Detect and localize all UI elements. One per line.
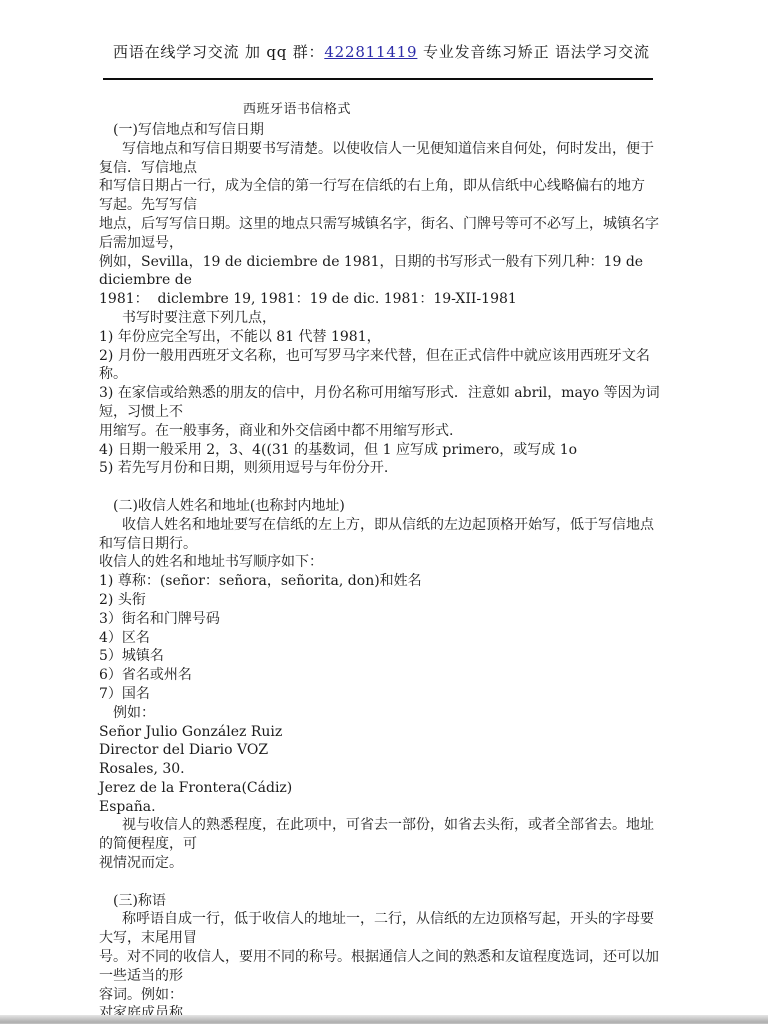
text-line: 收信人姓名和地址要写在信纸的左上方，即从信纸的左边起顶格开始写，低于写信地点: [99, 516, 664, 535]
text-line: 1981： diclembre 19, 1981：19 de dic. 1981…: [99, 290, 664, 309]
qq-group-link[interactable]: 422811419: [324, 43, 417, 61]
text-line: 例如，Sevilla，19 de diciembre de 1981，日期的书写…: [99, 253, 664, 272]
text-line: España.: [99, 798, 664, 817]
text-line: 短，习惯上不: [99, 403, 664, 422]
blank-line: [99, 873, 664, 892]
text-line: Jerez de la Frontera(Cádiz): [99, 779, 664, 798]
text-line: 用缩写。在一般事务，商业和外交信函中都不用缩写形式.: [99, 422, 664, 441]
text-line: 称。: [99, 365, 664, 384]
text-line: (三)称语: [99, 892, 664, 911]
document-header: 西语在线学习交流 加 qq 群：422811419 专业发音练习矫正 语法学习交…: [113, 41, 650, 62]
document-body: (一)写信地点和写信日期写信地点和写信日期要书写清楚。以使收信人一见便知道信来自…: [99, 121, 664, 1023]
text-line: 7）国名: [99, 685, 664, 704]
text-line: 6）省名或州名: [99, 666, 664, 685]
text-line: 和写信日期占一行，成为全信的第一行写在信纸的右上角，即从信纸中心线略偏右的地方: [99, 177, 664, 196]
text-line: 号。对不同的收信人，要用不同的称号。根据通信人之间的熟悉和友谊程度选词，还可以加: [99, 948, 664, 967]
text-line: 后需加逗号，: [99, 234, 664, 253]
text-line: 视与收信人的熟悉程度，在此项中，可省去一部份，如省去头衔，或者全部省去。地址: [99, 816, 664, 835]
text-line: 1) 尊称：(señor：señora，señorita, don)和姓名: [99, 572, 664, 591]
text-line: 1) 年份应完全写出，不能以 81 代替 1981，: [99, 328, 664, 347]
text-line: 视情况而定。: [99, 854, 664, 873]
text-line: 5) 若先写月份和日期，则须用逗号与年份分开.: [99, 459, 664, 478]
text-line: 写信地点和写信日期要书写清楚。以使收信人一见便知道信来自何处，何时发出，便于: [99, 140, 664, 159]
text-line: 称呼语自成一行，低于收信人的地址一，二行，从信纸的左边顶格写起，开头的字母要: [99, 910, 664, 929]
text-line: 5）城镇名: [99, 647, 664, 666]
text-line: 4）区名: [99, 629, 664, 648]
document-page: 西语在线学习交流 加 qq 群：422811419 专业发音练习矫正 语法学习交…: [0, 0, 768, 1024]
text-line: 地点，后写写信日期。这里的地点只需写城镇名字，街名、门牌号等可不必写上，城镇名字: [99, 215, 664, 234]
document-title: 西班牙语书信格式: [243, 98, 351, 117]
text-line: Señor Julio González Ruiz: [99, 723, 664, 742]
text-line: 2) 月份一般用西班牙文名称，也可写罗马字来代替，但在正式信件中就应该用西班牙文…: [99, 347, 664, 366]
header-text-left: 西语在线学习交流 加 qq 群：: [113, 43, 324, 61]
text-line: 复信．写信地点: [99, 159, 664, 178]
text-line: 收信人的姓名和地址书写顺序如下：: [99, 553, 664, 572]
text-line: 书写时要注意下列几点，: [99, 309, 664, 328]
text-line: 3) 在家信或给熟悉的朋友的信中，月份名称可用缩写形式．注意如 abril，ma…: [99, 384, 664, 403]
text-line: 写起。先写写信: [99, 196, 664, 215]
text-line: 容词。例如：: [99, 986, 664, 1005]
text-line: Director del Diario VOZ: [99, 741, 664, 760]
text-line: 的简便程度，可: [99, 835, 664, 854]
text-line: (二)收信人姓名和地址(也称封内地址): [99, 497, 664, 516]
text-line: diciembre de: [99, 271, 664, 290]
text-line: (一)写信地点和写信日期: [99, 121, 664, 140]
blank-line: [99, 478, 664, 497]
text-line: 和写信日期行。: [99, 535, 664, 554]
text-line: 大写，末尾用冒: [99, 929, 664, 948]
text-line: 2) 头衔: [99, 591, 664, 610]
text-line: 3）街名和门牌号码: [99, 610, 664, 629]
text-line: 例如：: [99, 704, 664, 723]
text-line: 4) 日期一般采用 2，3、4((31 的基数词，但 1 应写成 primero…: [99, 441, 664, 460]
page-bottom-edge: [0, 1015, 768, 1024]
text-line: 一些适当的形: [99, 967, 664, 986]
header-divider: [103, 78, 653, 80]
header-text-right: 专业发音练习矫正 语法学习交流: [417, 43, 649, 61]
text-line: Rosales, 30.: [99, 760, 664, 779]
